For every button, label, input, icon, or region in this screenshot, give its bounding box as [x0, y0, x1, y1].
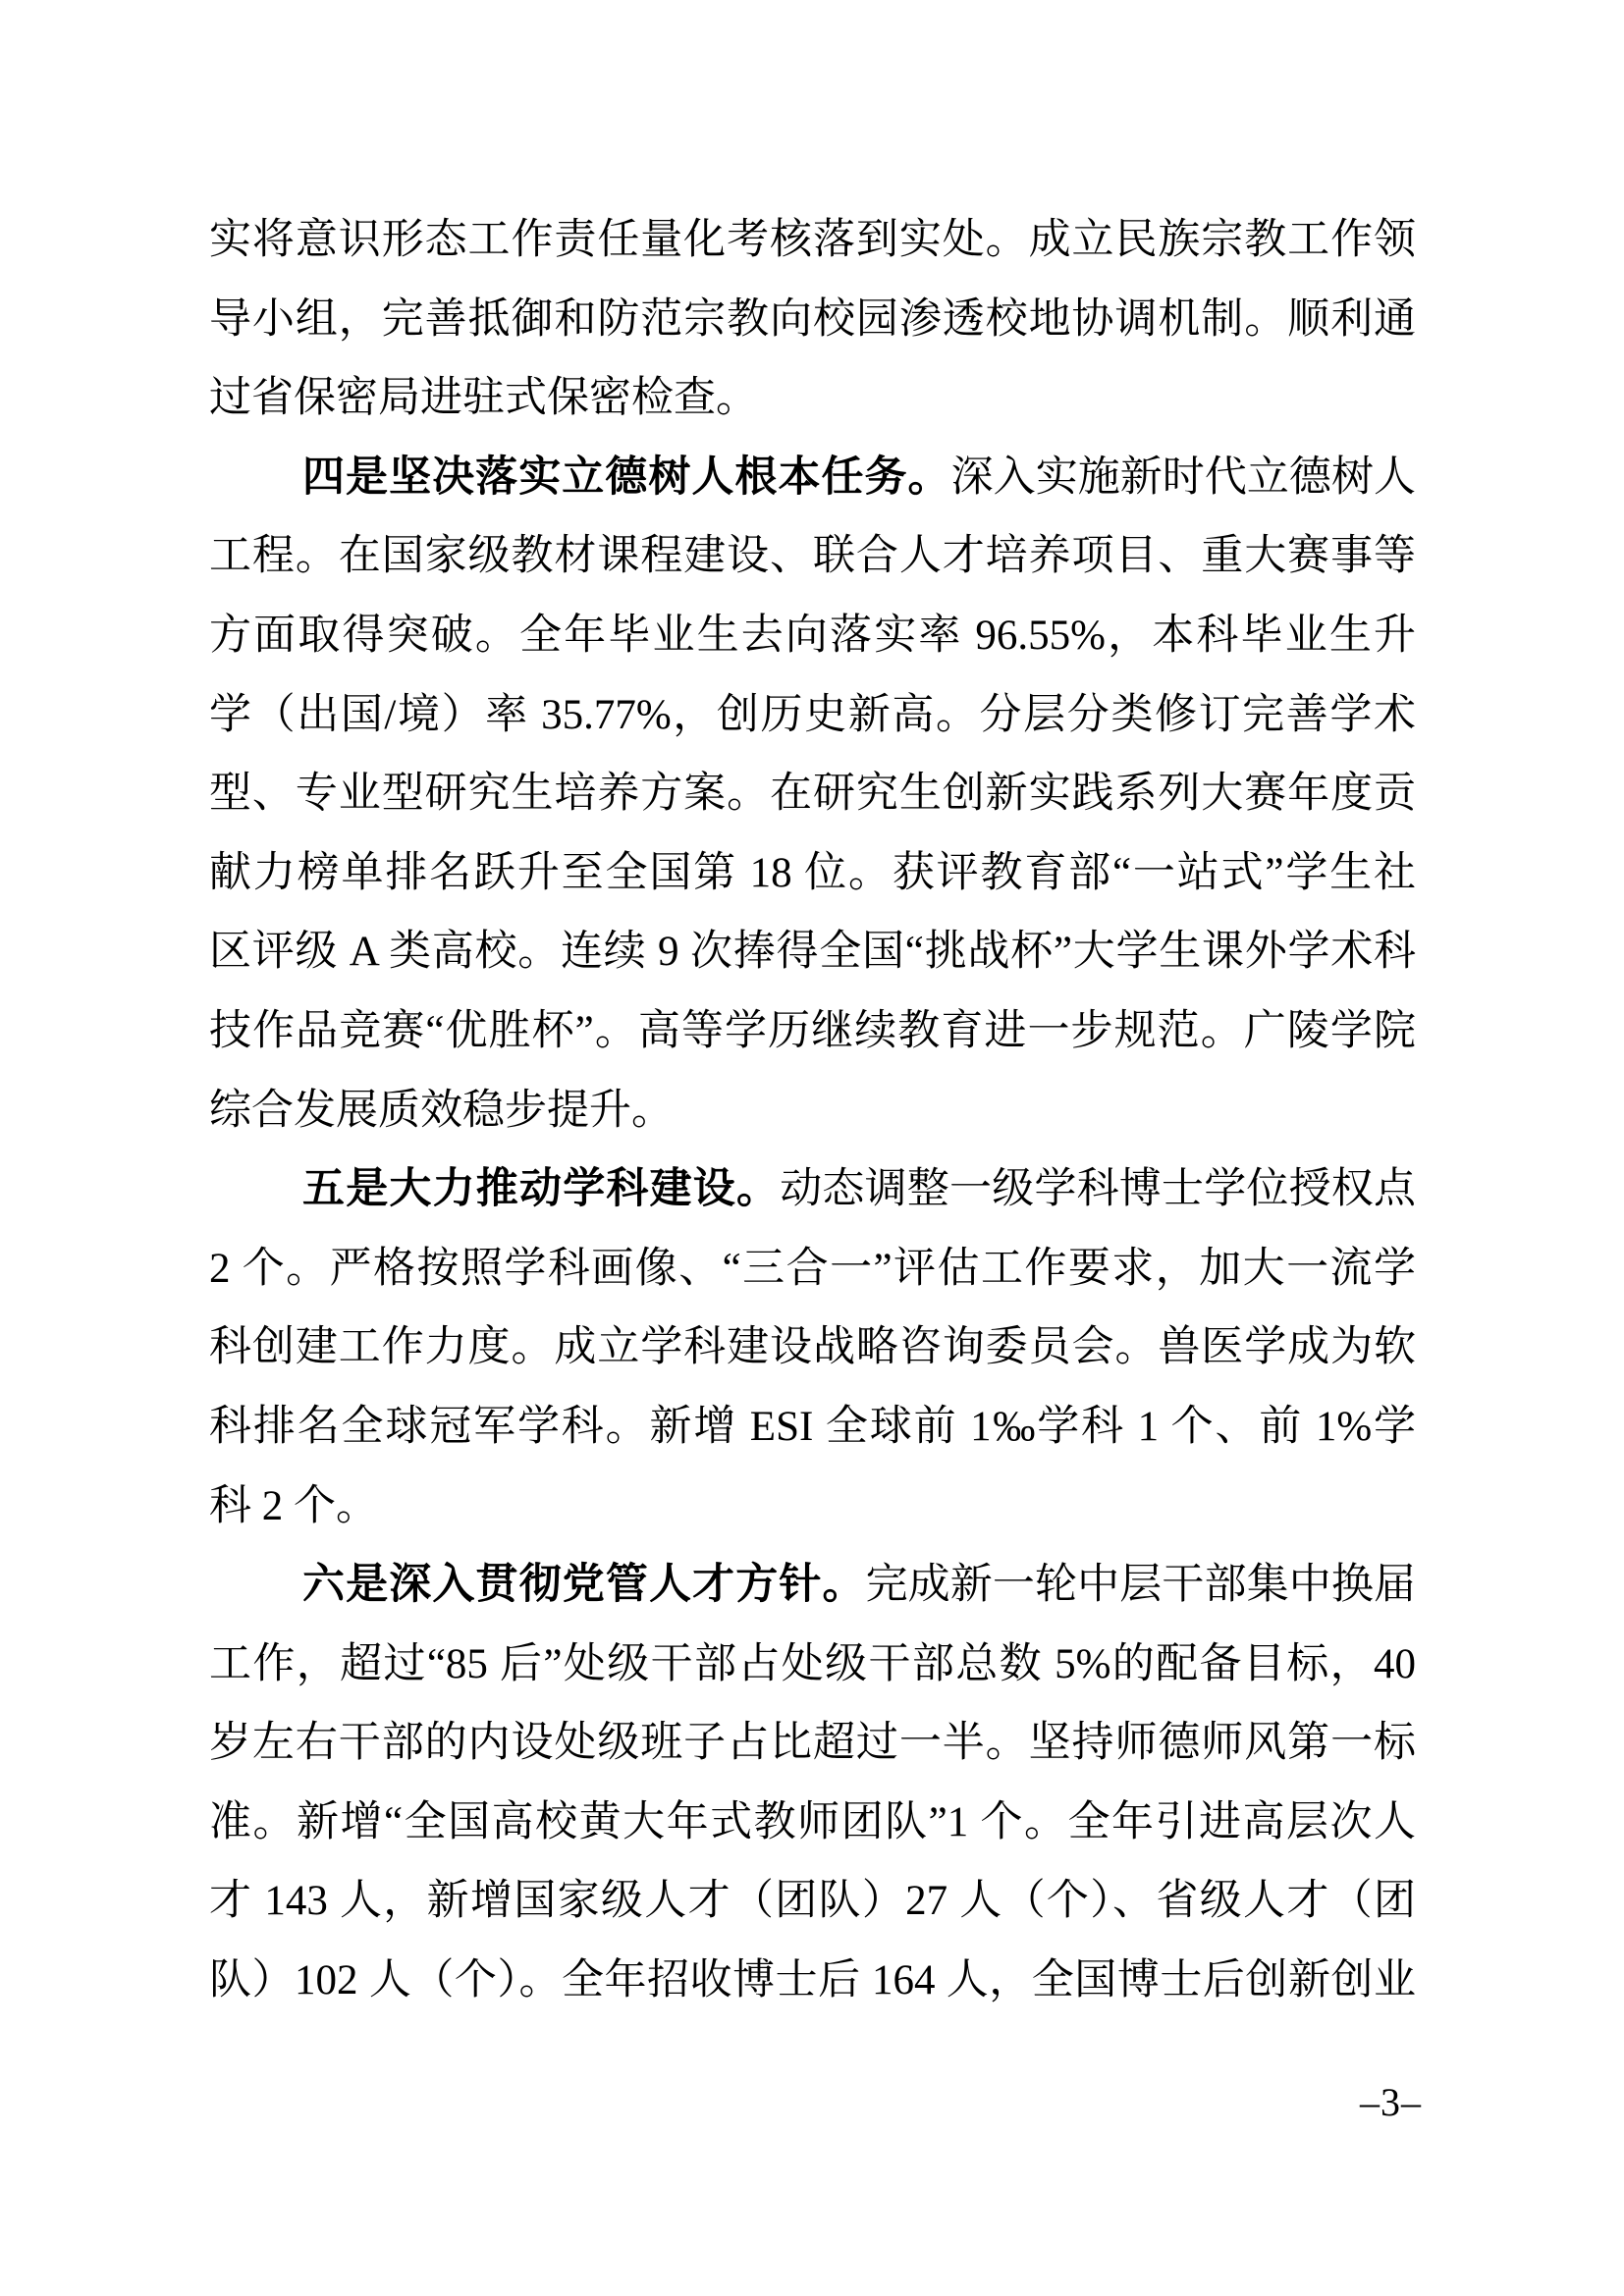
- text-line: 六是深入贯彻党管人才方针。完成新一轮中层干部集中换届: [209, 1546, 1416, 1626]
- line-text: 动态调整一级学科博士学位授权点: [780, 1166, 1416, 1212]
- text-line: 工作，超过“85 后”处级干部占处级干部总数 5%的配备目标，40: [209, 1626, 1416, 1705]
- line-text: 才 143 人，新增国家级人才（团队）27 人（个）、省级人才（团: [209, 1878, 1416, 1924]
- text-line: 2 个。严格按照学科画像、“三合一”评估工作要求，加大一流学: [209, 1230, 1416, 1309]
- line-text: 区评级 A 类高校。连续 9 次捧得全国“挑战杯”大学生课外学术科: [209, 929, 1416, 975]
- text-line: 方面取得突破。全年毕业生去向落实率 96.55%，本科毕业生升: [209, 597, 1416, 676]
- line-text: 综合发展质效稳步提升。: [209, 1088, 674, 1134]
- line-text: 导小组，完善抵御和防范宗教向校园渗透校地协调机制。顺利通: [209, 296, 1416, 343]
- text-line: 才 143 人，新增国家级人才（团队）27 人（个）、省级人才（团: [209, 1862, 1416, 1942]
- line-text: 科排名全球冠军学科。新增 ESI 全球前 1‰学科 1 个、前 1%学: [209, 1404, 1416, 1450]
- text-line: 实将意识形态工作责任量化考核落到实处。成立民族宗教工作领: [209, 201, 1416, 281]
- line-text: 工作，超过“85 后”处级干部占处级干部总数 5%的配备目标，40: [209, 1641, 1416, 1687]
- text-line: 队）102 人（个）。全年招收博士后 164 人，全国博士后创新创业: [209, 1942, 1416, 2021]
- document-body: 实将意识形态工作责任量化考核落到实处。成立民族宗教工作领导小组，完善抵御和防范宗…: [209, 201, 1416, 2021]
- text-line: 工程。在国家级教材课程建设、联合人才培养项目、重大赛事等: [209, 517, 1416, 597]
- text-line: 科 2 个。: [209, 1468, 1416, 1547]
- line-text: 实将意识形态工作责任量化考核落到实处。成立民族宗教工作领: [209, 217, 1416, 263]
- line-text: 准。新增“全国高校黄大年式教师团队”1 个。全年引进高层次人: [209, 1799, 1416, 1845]
- text-line: 区评级 A 类高校。连续 9 次捧得全国“挑战杯”大学生课外学术科: [209, 913, 1416, 992]
- document-page: 实将意识形态工作责任量化考核落到实处。成立民族宗教工作领导小组，完善抵御和防范宗…: [0, 0, 1624, 2296]
- text-line: 综合发展质效稳步提升。: [209, 1072, 1416, 1151]
- page-number: –3–: [1360, 2083, 1422, 2122]
- line-text: 技作品竞赛“优胜杯”。高等学历继续教育进一步规范。广陵学院: [209, 1008, 1416, 1054]
- line-text: 学（出国/境）率 35.77%，创历史新高。分层分类修订完善学术: [209, 692, 1416, 738]
- text-line: 科创建工作力度。成立学科建设战略咨询委员会。兽医学成为软: [209, 1308, 1416, 1388]
- line-text: 完成新一轮中层干部集中换届: [866, 1562, 1416, 1608]
- line-text: 工程。在国家级教材课程建设、联合人才培养项目、重大赛事等: [209, 533, 1416, 579]
- section-lead-bold-text: 六是深入贯彻党管人才方针。: [302, 1562, 866, 1608]
- line-text: 科 2 个。: [209, 1483, 378, 1529]
- text-line: 科排名全球冠军学科。新增 ESI 全球前 1‰学科 1 个、前 1%学: [209, 1388, 1416, 1468]
- line-text: 2 个。严格按照学科画像、“三合一”评估工作要求，加大一流学: [209, 1246, 1416, 1292]
- text-line: 导小组，完善抵御和防范宗教向校园渗透校地协调机制。顺利通: [209, 281, 1416, 360]
- line-text: 过省保密局进驻式保密检查。: [209, 375, 758, 421]
- text-line: 五是大力推动学科建设。动态调整一级学科博士学位授权点: [209, 1150, 1416, 1230]
- line-text: 献力榜单排名跃升至全国第 18 位。获评教育部“一站式”学生社: [209, 850, 1416, 896]
- text-line: 岁左右干部的内设处级班子占比超过一半。坚持师德师风第一标: [209, 1704, 1416, 1784]
- line-text: 队）102 人（个）。全年招收博士后 164 人，全国博士后创新创业: [209, 1957, 1416, 2003]
- line-text: 深入实施新时代立德树人: [951, 454, 1416, 501]
- line-text: 岁左右干部的内设处级班子占比超过一半。坚持师德师风第一标: [209, 1720, 1416, 1766]
- text-line: 献力榜单排名跃升至全国第 18 位。获评教育部“一站式”学生社: [209, 834, 1416, 914]
- section-lead-bold-text: 五是大力推动学科建设。: [302, 1166, 780, 1212]
- line-text: 方面取得突破。全年毕业生去向落实率 96.55%，本科毕业生升: [209, 613, 1416, 659]
- line-text: 科创建工作力度。成立学科建设战略咨询委员会。兽医学成为软: [209, 1324, 1416, 1370]
- section-lead-bold-text: 四是坚决落实立德树人根本任务。: [302, 454, 951, 501]
- text-line: 型、专业型研究生培养方案。在研究生创新实践系列大赛年度贡: [209, 755, 1416, 834]
- line-text: 型、专业型研究生培养方案。在研究生创新实践系列大赛年度贡: [209, 771, 1416, 817]
- text-line: 学（出国/境）率 35.77%，创历史新高。分层分类修订完善学术: [209, 676, 1416, 756]
- text-line: 四是坚决落实立德树人根本任务。深入实施新时代立德树人: [209, 439, 1416, 518]
- text-line: 过省保密局进驻式保密检查。: [209, 359, 1416, 439]
- text-line: 准。新增“全国高校黄大年式教师团队”1 个。全年引进高层次人: [209, 1784, 1416, 1863]
- text-line: 技作品竞赛“优胜杯”。高等学历继续教育进一步规范。广陵学院: [209, 992, 1416, 1072]
